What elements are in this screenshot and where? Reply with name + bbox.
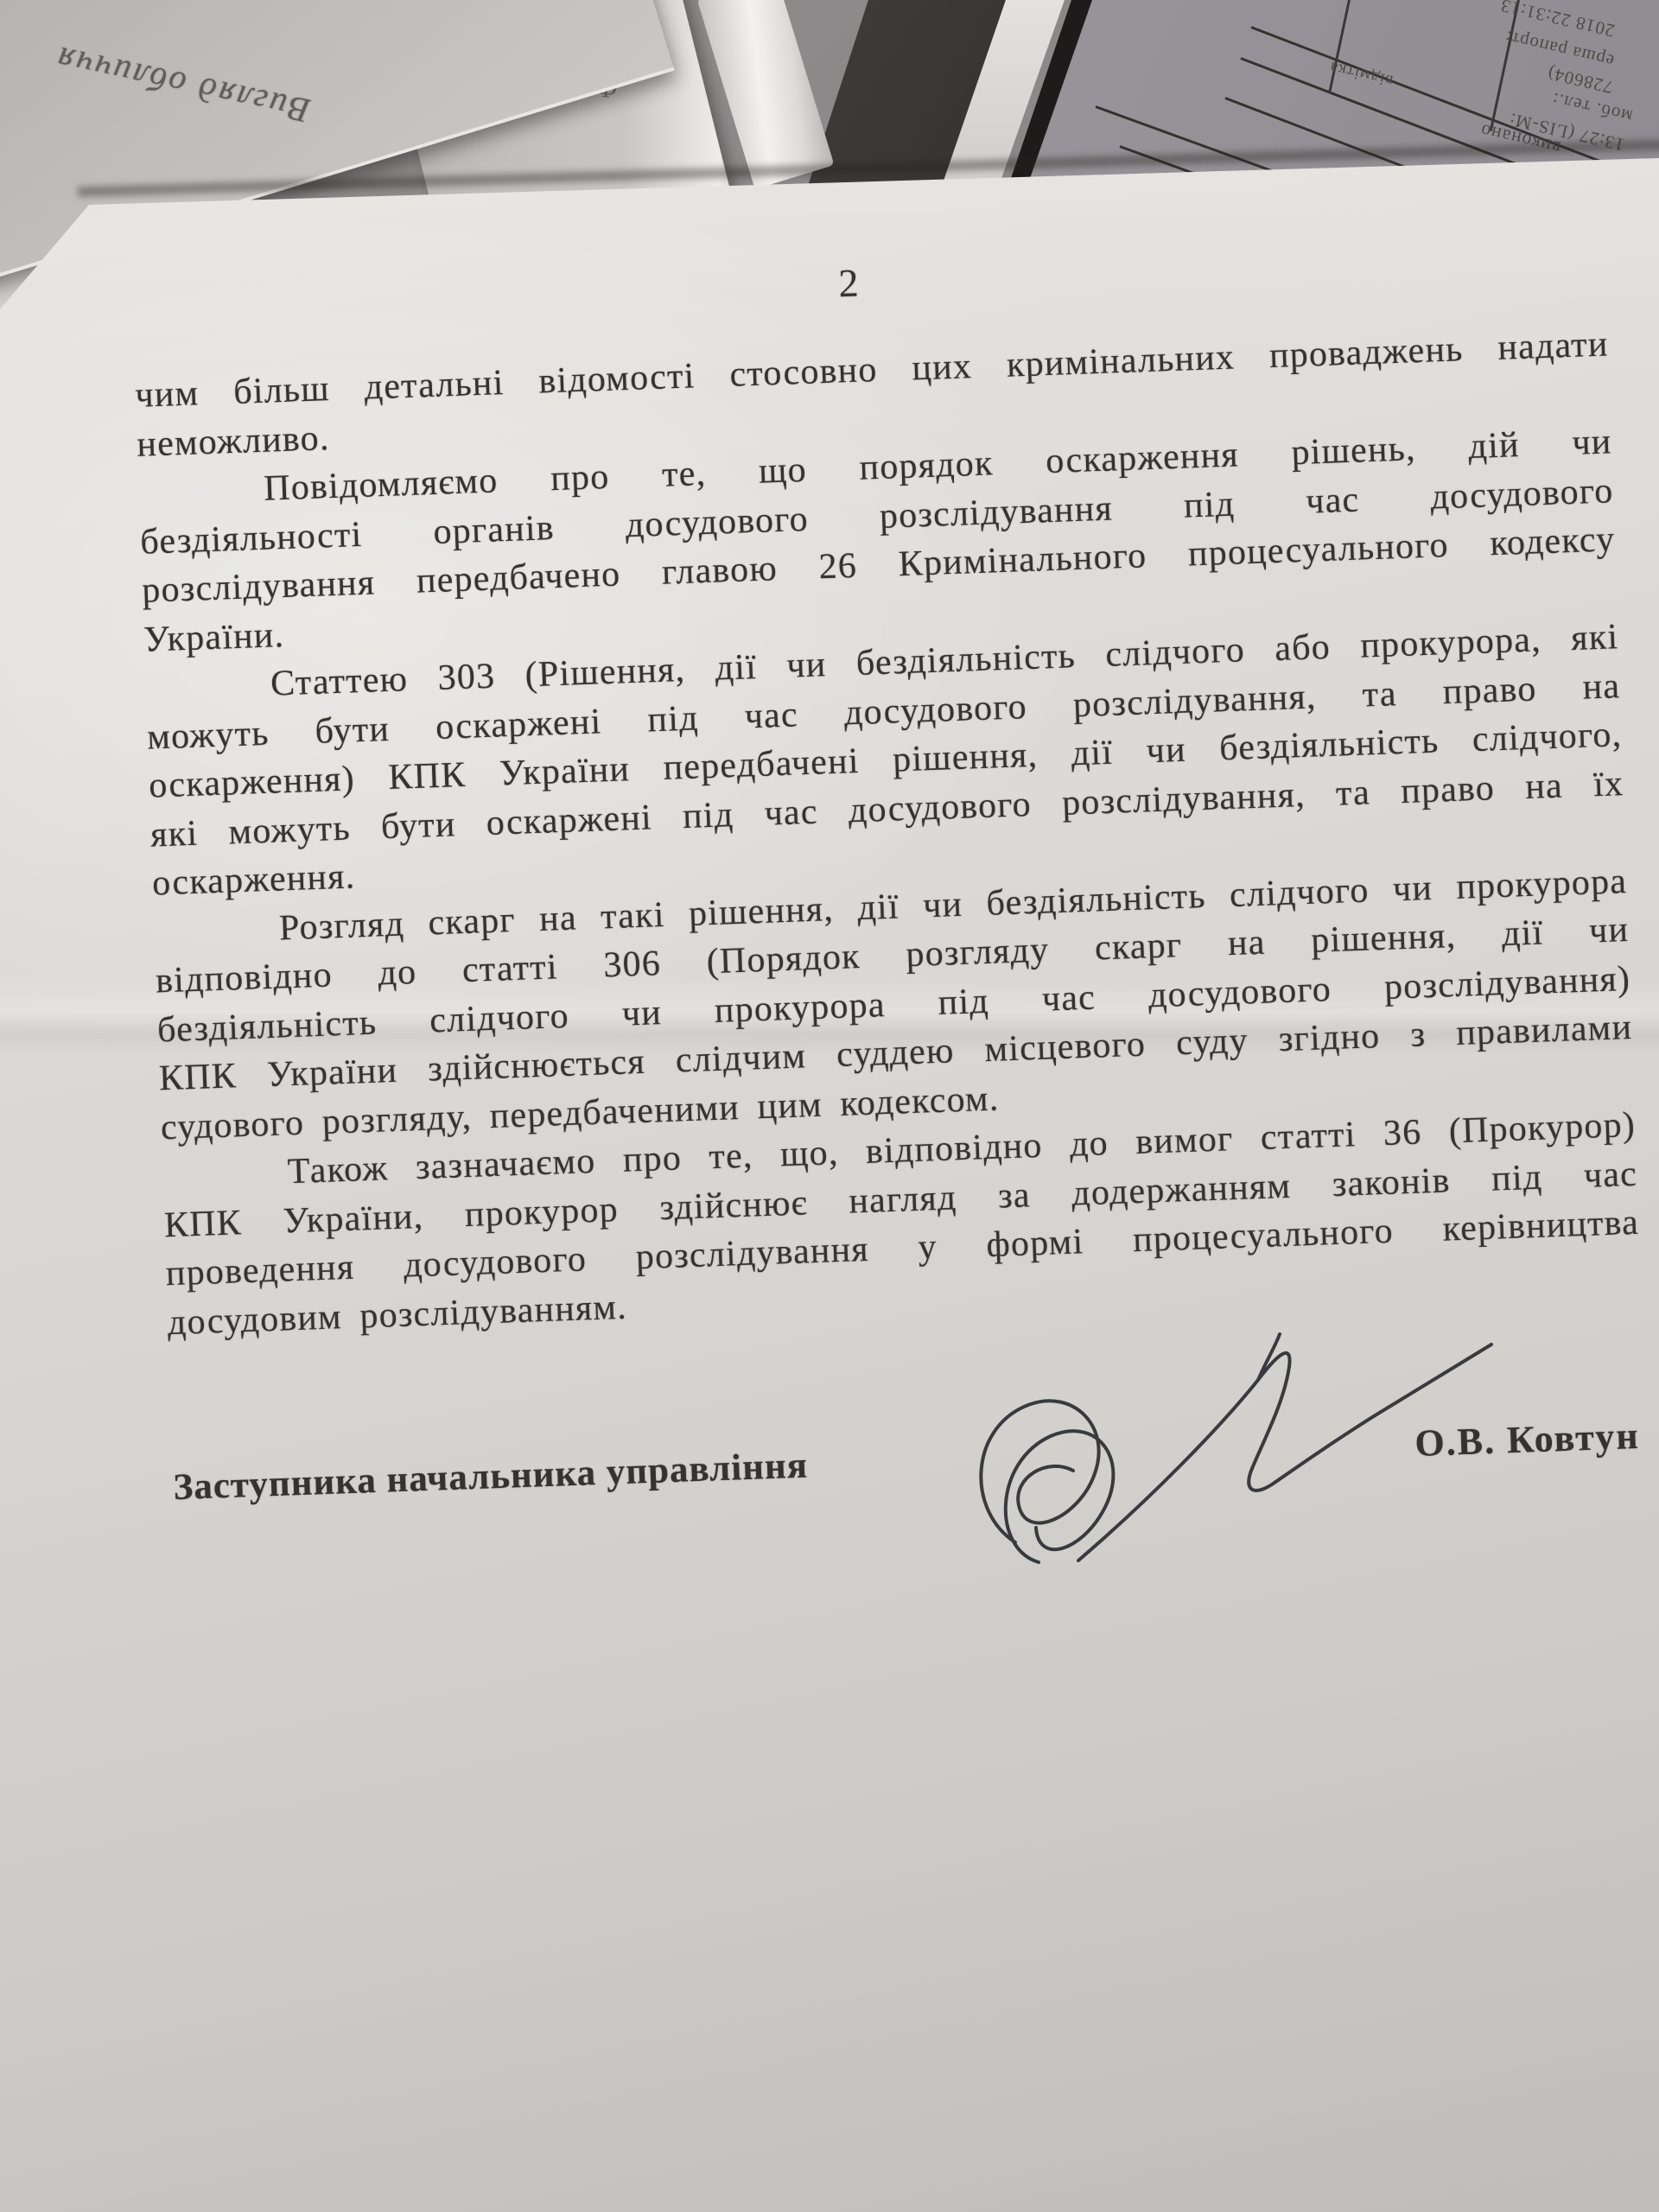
word: досудового [843, 686, 1028, 741]
word: 306 [603, 943, 663, 994]
word: прокурор [464, 1188, 620, 1243]
word: досудового [403, 1238, 588, 1294]
word: проведення [165, 1247, 355, 1302]
word: можуть [228, 807, 352, 860]
word: що [758, 449, 808, 499]
word: здійснюється [427, 1041, 646, 1097]
word: розслідування, [1061, 773, 1306, 830]
word: кримінальних [1006, 336, 1236, 393]
word: чи [922, 883, 963, 933]
word: час [1305, 479, 1360, 530]
rotated-fragment: Вигляд обличчя [51, 38, 314, 131]
word: нагляд [849, 1177, 958, 1230]
word: на [1524, 765, 1563, 815]
word: статті [1260, 1114, 1357, 1166]
word: такі [600, 893, 665, 944]
word: що, [779, 1132, 839, 1183]
word: чи [1588, 909, 1630, 959]
word: згідно [1278, 1015, 1381, 1068]
word: законів [1332, 1160, 1452, 1212]
word: бездіяльність [1218, 721, 1440, 777]
word: бездіяльність [156, 1001, 378, 1058]
word: можуть [146, 712, 270, 765]
word: чим [135, 372, 200, 423]
word: досудового [1430, 470, 1615, 525]
word: дії [1071, 732, 1114, 782]
word: надати [1497, 323, 1610, 376]
table-cell-label: відмітка [1327, 57, 1395, 90]
word: скарг [1094, 925, 1183, 976]
word: досудового [625, 498, 810, 553]
word: слідчого [1229, 869, 1370, 923]
word: України. [143, 615, 285, 660]
word: під [682, 794, 734, 845]
word: час [1583, 1153, 1638, 1204]
word: передбачені [663, 741, 861, 796]
word: та [1335, 772, 1371, 822]
word: з [1410, 1014, 1427, 1063]
word: України [266, 1050, 398, 1103]
word: те, [709, 1135, 754, 1185]
word: Розгляд [278, 903, 405, 957]
word: до [1069, 1122, 1109, 1173]
document-body-text: чимбільшдетальнівідомостістосовноцихкрим… [135, 323, 1642, 1351]
word: розслідування, [1072, 676, 1318, 733]
word: рішення, [1310, 915, 1457, 969]
word: оскарження [1045, 434, 1239, 489]
word: під [647, 697, 700, 748]
word: досудового [1147, 969, 1332, 1024]
word: 26 [818, 545, 858, 595]
word: досудового [848, 784, 1033, 839]
word: розслідування [635, 1229, 870, 1286]
word: чи [786, 644, 828, 694]
word: оскарження) [148, 758, 355, 814]
word: чи [1572, 421, 1613, 471]
word: слідчого [1105, 629, 1246, 683]
word: Кримінального [898, 535, 1147, 593]
word: відповідно [865, 1125, 1044, 1180]
word: розслідування [879, 487, 1114, 544]
word: суддею [836, 1030, 955, 1083]
word: України [499, 748, 631, 802]
word: КПК [158, 1055, 238, 1107]
word: (Рішення, [524, 649, 686, 703]
word: здійснює [659, 1182, 809, 1236]
word: про [622, 1137, 683, 1188]
word: за [997, 1174, 1032, 1224]
word: дій [1468, 424, 1521, 475]
word: те, [661, 453, 707, 503]
word: розслідування) [1383, 957, 1631, 1014]
word: розгляду [906, 929, 1051, 982]
word: додержанням [1071, 1165, 1292, 1221]
word: на [1582, 665, 1621, 715]
word: дії [857, 886, 900, 936]
word: скарг [428, 899, 517, 950]
word: до [378, 951, 418, 1001]
word: більш [232, 368, 330, 420]
word: оскаржені [486, 797, 653, 851]
word: статті [461, 946, 559, 998]
word: стосовно [729, 349, 879, 403]
word: час [1041, 976, 1096, 1027]
word: оскарження. [151, 856, 356, 903]
word: під [1491, 1156, 1543, 1207]
word: та [1362, 673, 1398, 723]
word: оскаржені [435, 701, 602, 755]
word: КПК [163, 1202, 243, 1254]
word: кодексу [1490, 518, 1617, 572]
word: на [1227, 922, 1266, 972]
word: у [918, 1226, 938, 1275]
word: право [1400, 767, 1496, 819]
photographed-document-page: { "document": { "page_number": "2", "lin… [0, 0, 1659, 2212]
handwritten-signature [933, 1296, 1538, 1607]
word: Статтею [270, 658, 409, 712]
word: які [1570, 616, 1619, 666]
word: прокурора, [1360, 619, 1542, 674]
word: які [149, 812, 199, 862]
word: прокурора [1456, 861, 1629, 915]
word: розслідування [142, 562, 377, 619]
word: право [1442, 668, 1538, 720]
word: дії [1501, 912, 1544, 962]
word: органів [433, 507, 556, 560]
word: зазначаємо [415, 1141, 596, 1196]
word: бути [315, 708, 391, 759]
word: процесуального [1132, 1211, 1395, 1268]
word: про [550, 456, 610, 507]
word: чи [1392, 867, 1433, 917]
word: на [538, 897, 577, 947]
word: керівництва [1442, 1202, 1640, 1257]
word: бути [380, 804, 456, 855]
word: чи [1146, 729, 1187, 779]
word: процесуального [1187, 524, 1450, 582]
word: формі [986, 1221, 1085, 1273]
word: порядок [859, 442, 995, 496]
word: 36 [1382, 1111, 1422, 1161]
word: дії [715, 646, 758, 696]
word: главою [661, 548, 779, 601]
word: рішення, [688, 888, 835, 942]
word: відомості [538, 355, 696, 410]
word: КПК [388, 754, 467, 806]
word: рішень, [1291, 428, 1417, 480]
word: їх [1592, 763, 1624, 813]
word: бездіяльності [140, 513, 364, 569]
word: (Прокурор) [1448, 1104, 1637, 1160]
word: Повідомляємо [263, 460, 499, 517]
word: слідчого, [1471, 714, 1623, 768]
word: проваджень [1268, 328, 1464, 384]
word: бездіяльність [986, 875, 1207, 931]
word: під [1183, 483, 1236, 534]
word: неможливо. [137, 418, 331, 465]
word: (Порядок [706, 936, 861, 990]
word: час [744, 694, 799, 745]
word: вимог [1135, 1118, 1234, 1170]
word: детальні [364, 362, 505, 416]
word: суду [1175, 1020, 1249, 1071]
word: слідчим [675, 1035, 807, 1089]
word: час [764, 791, 819, 842]
word: рішення, [892, 734, 1039, 788]
word: правилами [1455, 1007, 1633, 1062]
word: цих [912, 346, 973, 397]
word: місцевого [984, 1024, 1147, 1078]
word: під [938, 980, 990, 1031]
word: відповідно [155, 954, 334, 1009]
word: передбачено [416, 553, 621, 609]
word: Також [287, 1147, 389, 1200]
word: України, [283, 1195, 425, 1249]
word: 303 [437, 656, 497, 707]
word: слідчого [429, 995, 569, 1048]
word: або [1274, 626, 1332, 677]
word: чи [621, 992, 663, 1042]
word: бездіяльність [855, 635, 1077, 691]
word: прокурора [714, 984, 887, 1039]
